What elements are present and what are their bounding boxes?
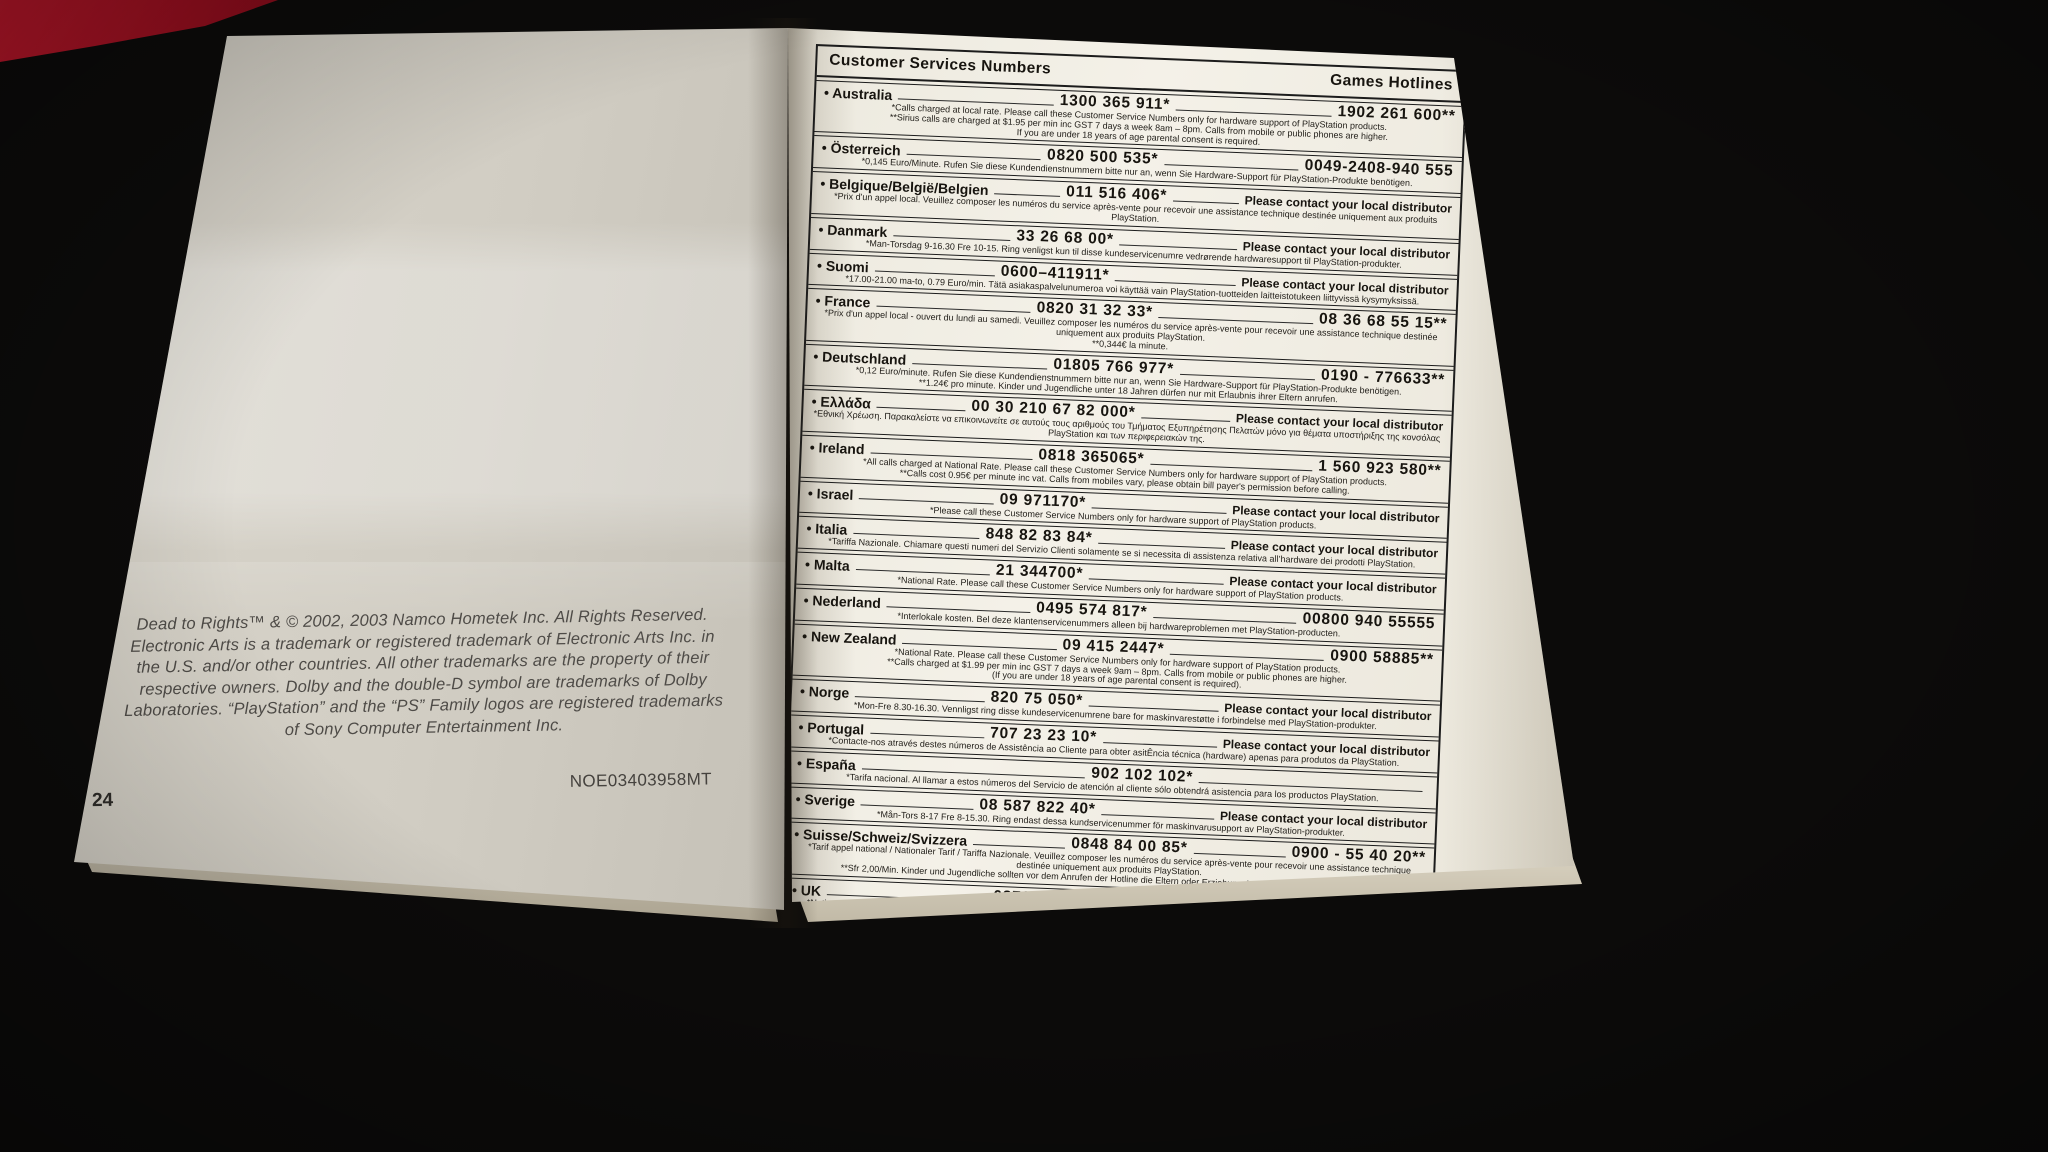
country-name: Norge [800, 683, 850, 701]
country-name: Sverige [795, 790, 855, 808]
country-name: Danmark [818, 221, 887, 240]
hotline-value: 09067 53 22 53** [1291, 899, 1424, 922]
page-number: 24 [92, 790, 114, 812]
rule-line [994, 193, 1060, 197]
country-name: Malta [805, 556, 850, 574]
country-name: Ireland [809, 439, 864, 457]
left-page: Dead to Rights™ & © 2002, 2003 Namco Hom… [62, 22, 792, 922]
country-name: Nederland [803, 592, 881, 611]
customer-services-table: Customer Services Numbers Games Hotlines… [780, 44, 1467, 957]
country-name: Suomi [817, 257, 869, 275]
entry-note: **Calls are charged at 75p per minute. P… [791, 917, 1423, 952]
country-name: UK [792, 881, 822, 898]
manual-photo: Dead to Rights™ & © 2002, 2003 Namco Hom… [0, 0, 2048, 1152]
page-light-band [62, 222, 792, 552]
rule-line [1125, 906, 1285, 913]
country-name: España [797, 755, 856, 773]
services-entries: Australia 1300 365 911* 1902 261 600** *… [782, 80, 1464, 954]
right-page: Customer Services Numbers Games Hotlines… [776, 14, 1582, 944]
games-hotlines-header: Games Hotlines [1330, 72, 1453, 95]
country-name: Italia [806, 520, 847, 538]
print-code: NOE03403958MT [412, 769, 712, 794]
country-name: Israel [808, 485, 854, 503]
country-name: Australia [824, 84, 893, 103]
copyright-text: Dead to Rights™ & © 2002, 2003 Namco Hom… [122, 605, 724, 744]
customer-services-header: Customer Services Numbers [829, 52, 1051, 79]
rule-line [1173, 201, 1239, 205]
